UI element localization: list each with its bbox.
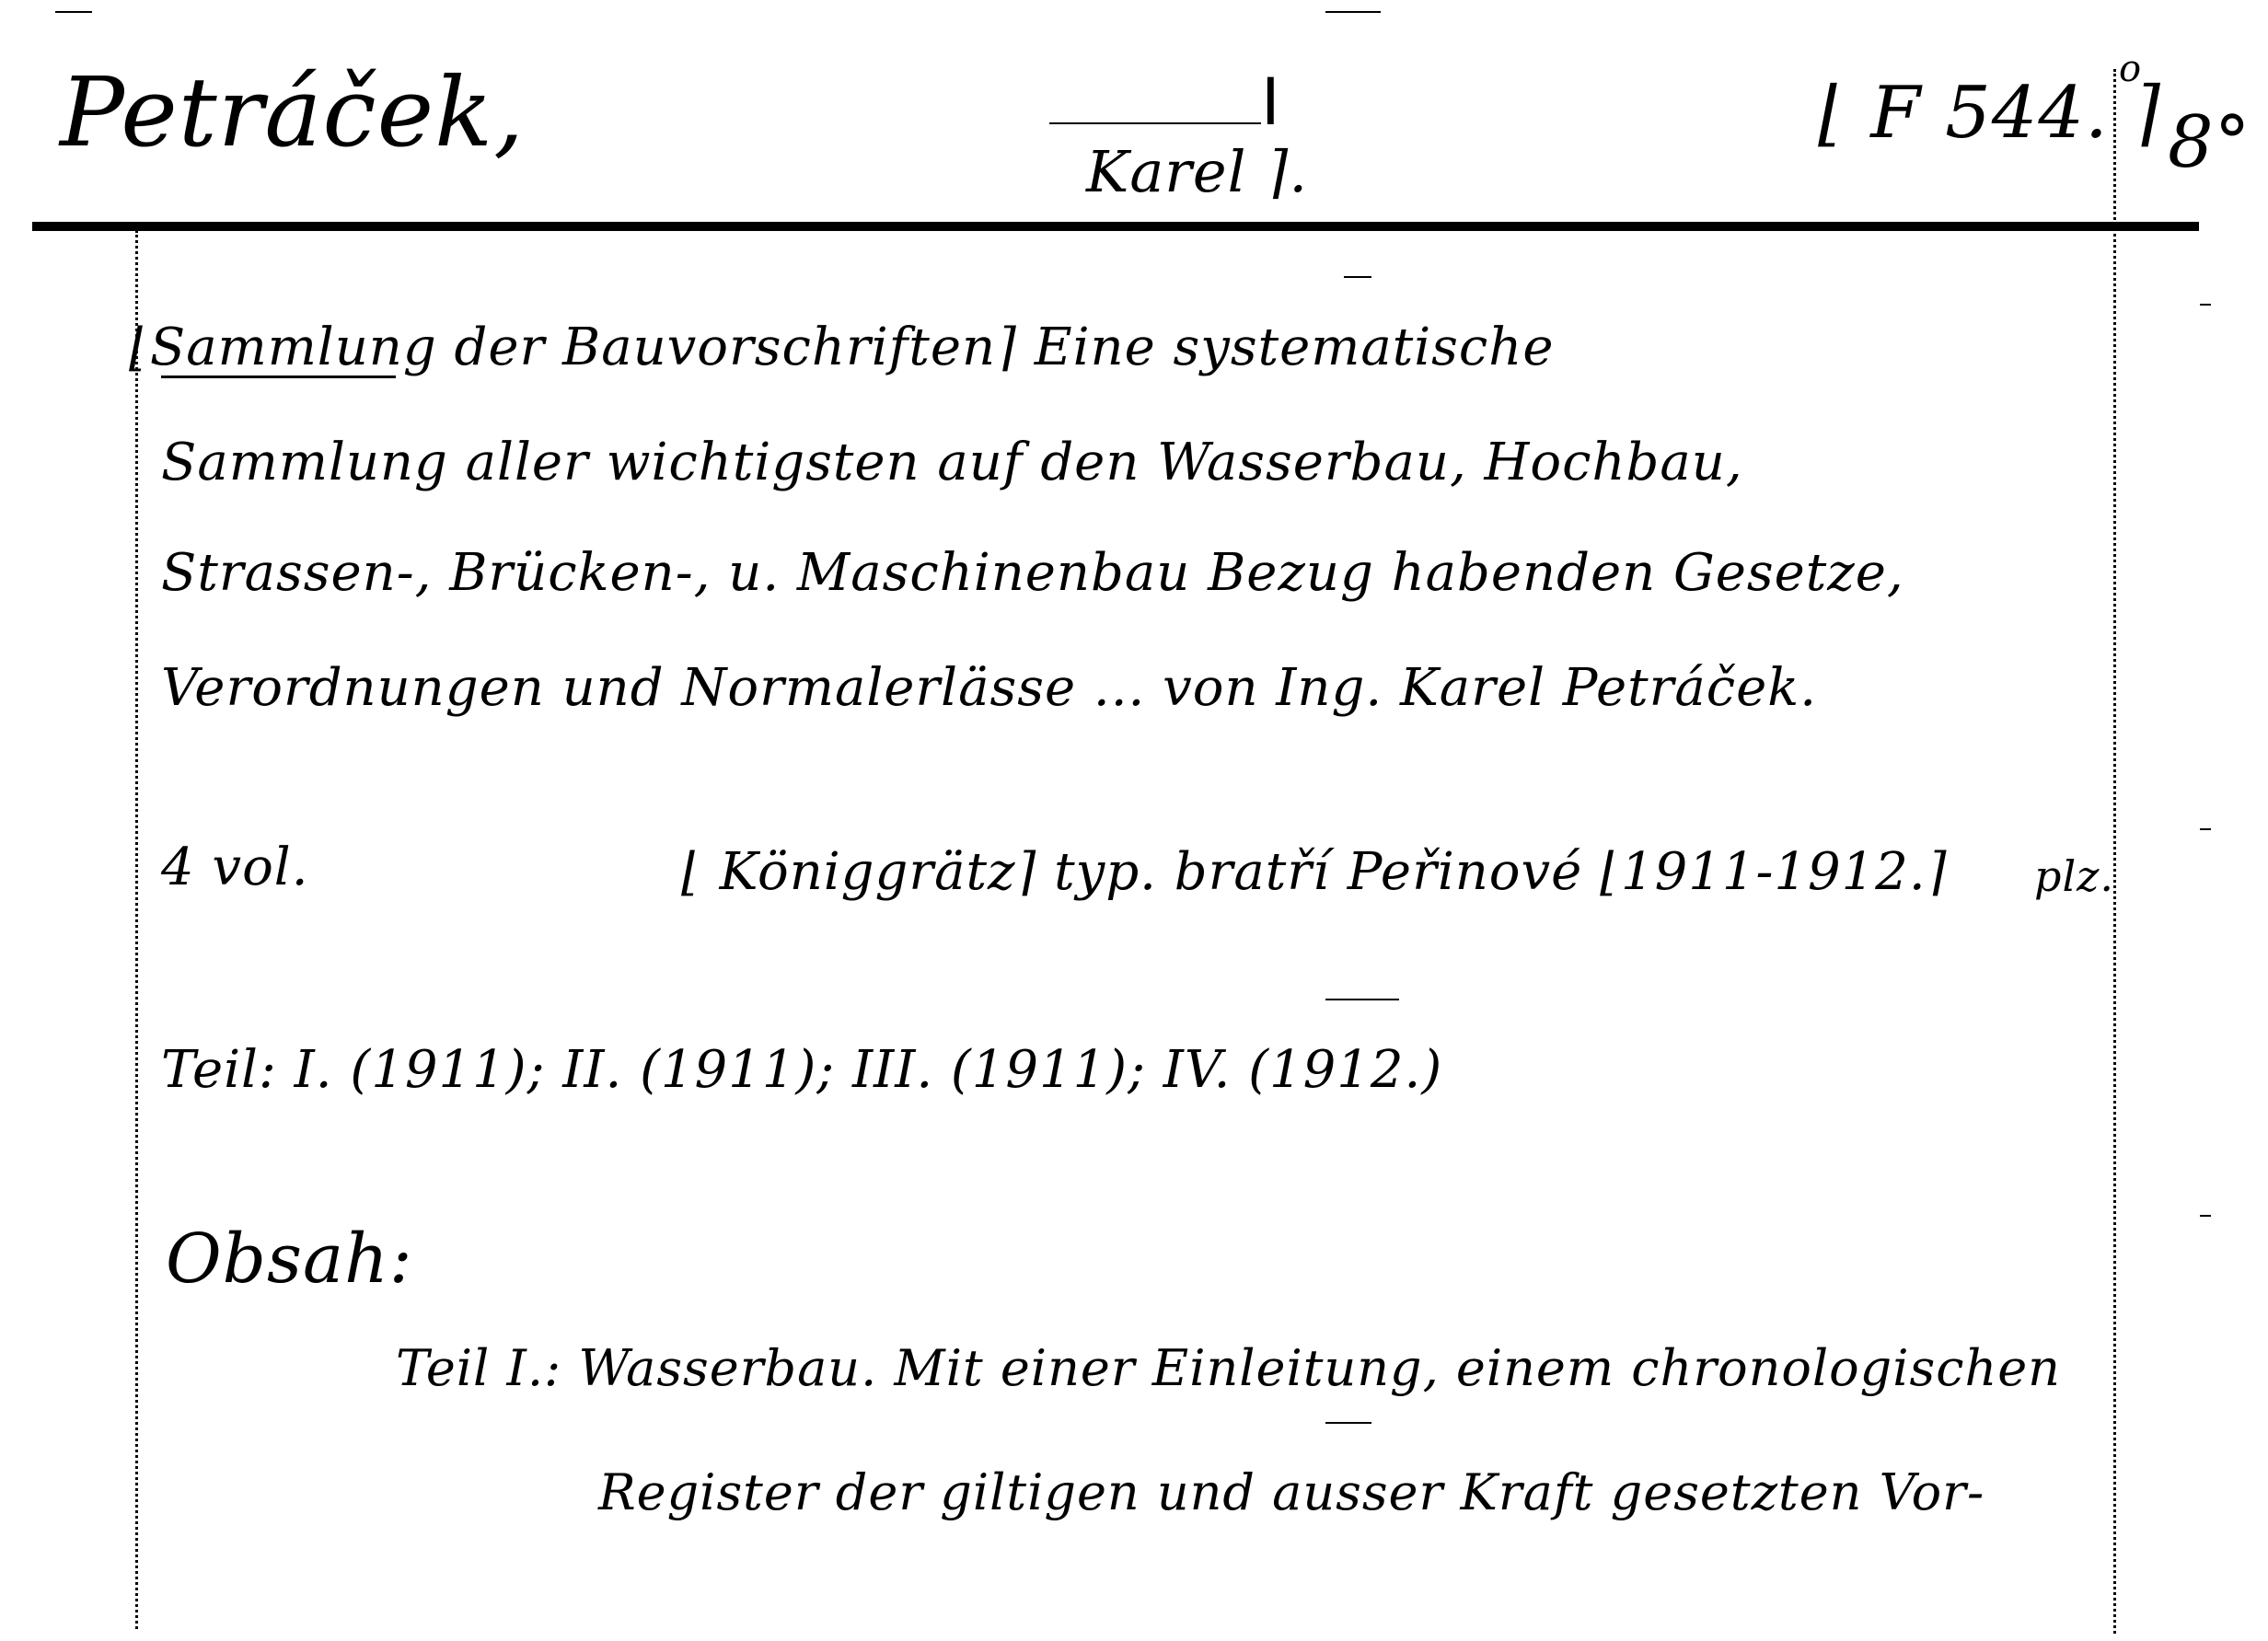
catalog-card: Petráček, Karel ⌉. I ⌊ F 544. ⌉ o 8° ⌊Sa… xyxy=(0,0,2268,1641)
volume-marker: I xyxy=(1261,64,1281,140)
imprint: ⌊ Königgrätz⌉ typ. bratří Peřinové ⌊1911… xyxy=(681,842,1948,902)
scan-speck xyxy=(1344,276,1371,278)
contents-line-2: Register der giltigen und ausser Kraft g… xyxy=(598,1463,1984,1521)
format-mark: o xyxy=(2119,48,2142,90)
title-line-1: ⌊Sammlung der Bauvorschriften⌉ Eine syst… xyxy=(129,318,1554,377)
scan-speck xyxy=(55,11,92,13)
scan-speck xyxy=(1325,999,1399,1000)
scan-speck xyxy=(1325,11,1381,13)
extent: 4 vol. xyxy=(161,838,309,897)
left-margin-line xyxy=(135,230,138,1629)
scan-speck xyxy=(2200,828,2211,830)
author-surname: Petráček, xyxy=(60,64,525,160)
scan-speck xyxy=(2200,1215,2211,1217)
author-given-name: Karel ⌉. xyxy=(1086,138,1308,205)
shelfmark: ⌊ F 544. ⌉ xyxy=(1818,72,2161,155)
title-line-3: Strassen-, Brücken-, u. Maschinenbau Bez… xyxy=(161,543,1904,603)
scan-speck xyxy=(2200,304,2211,306)
contents-label: Obsah: xyxy=(166,1219,413,1299)
title-line-4: Verordnungen und Normalerlässe ... von I… xyxy=(161,658,1817,718)
format-size: 8° xyxy=(2168,101,2251,184)
volume-marker-line xyxy=(1049,122,1261,124)
contents-line-1: Teil I.: Wasserbau. Mit einer Einleitung… xyxy=(396,1339,2061,1397)
heading-rule xyxy=(32,222,2199,231)
title-line-2: Sammlung aller wichtigsten auf den Wasse… xyxy=(161,433,1743,492)
extent-note: plz. xyxy=(2034,851,2114,901)
parts-line: Teil: I. (1911); II. (1911); III. (1911)… xyxy=(161,1040,1442,1100)
scan-speck xyxy=(1325,1422,1371,1424)
title-underline xyxy=(161,376,396,378)
